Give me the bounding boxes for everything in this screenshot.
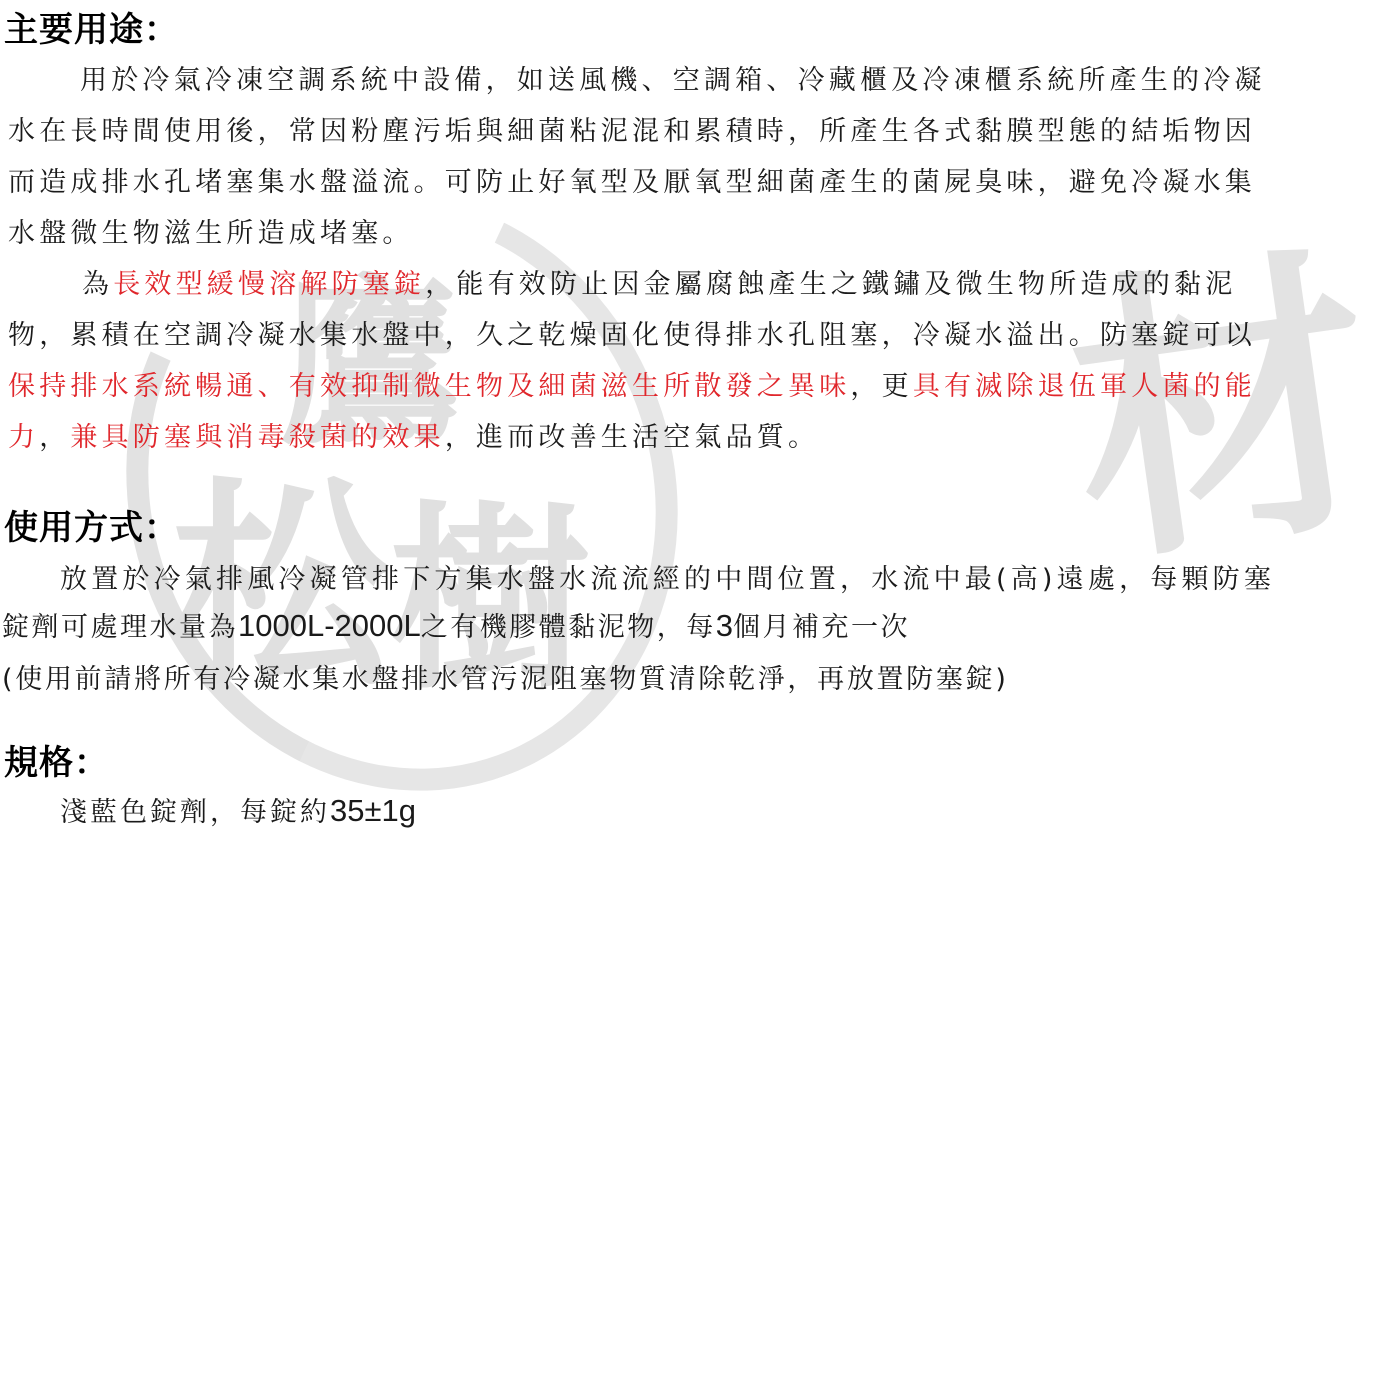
usage-p1-line: 水盤微生物滋生所造成堵塞。 xyxy=(8,211,414,250)
usage-p2-line: 保持排水系統暢通、有效抑制微生物及細菌滋生所散發之異味，更具有滅除退伍軍人菌的能 xyxy=(8,364,1256,403)
usage-p2-line: 力，兼具防塞與消毒殺菌的效果，進而改善生活空氣品質。 xyxy=(8,415,819,454)
usage-p1-line: 而造成排水孔堵塞集水盤溢流。可防止好氧型及厭氧型細菌產生的菌屍臭味，避免冷凝水集 xyxy=(8,160,1256,199)
section-title-spec: 規格： xyxy=(4,735,109,784)
usage-p2-line: 物，累積在空調冷凝水集水盤中，久之乾燥固化使得排水孔阻塞，冷凝水溢出。防塞錠可以 xyxy=(8,313,1256,352)
section-title-method: 使用方式： xyxy=(4,500,179,549)
usage-p1-line: 用於冷氣冷凍空調系統中設備，如送風機、空調箱、冷藏櫃及冷凍櫃系統所產生的冷凝 xyxy=(80,58,1266,97)
highlight-text: 長效型緩慢溶解防塞錠 xyxy=(113,269,425,300)
section-title-usage: 主要用途： xyxy=(4,2,179,51)
highlight-text: 力 xyxy=(8,422,39,453)
usage-p2-line: 為長效型緩慢溶解防塞錠，能有效防止因金屬腐蝕產生之鐵鏽及微生物所造成的黏泥 xyxy=(82,262,1236,301)
spec-line: 淺藍色錠劑，每錠約35±1g xyxy=(60,790,416,829)
method-line: 放置於冷氣排風冷凝管排下方集水盤水流流經的中間位置，水流中最(高)遠處，每顆防塞 xyxy=(60,557,1275,596)
highlight-text: 兼具防塞與消毒殺菌的效果 xyxy=(70,422,444,453)
highlight-text: 保持排水系統暢通、有效抑制微生物及細菌滋生所散發之異味 xyxy=(8,371,850,402)
highlight-text: 具有滅除退伍軍人菌的能 xyxy=(913,371,1256,402)
usage-p1-line: 水在長時間使用後，常因粉塵污垢與細菌粘泥混和累積時，所產生各式黏膜型態的結垢物因 xyxy=(8,109,1256,148)
method-line: 錠劑可處理水量為1000L-2000L之有機膠體黏泥物，每3個月補充一次 xyxy=(2,605,910,644)
method-line: (使用前請將所有冷凝水集水盤排水管污泥阻塞物質清除乾淨，再放置防塞錠) xyxy=(2,657,1009,696)
